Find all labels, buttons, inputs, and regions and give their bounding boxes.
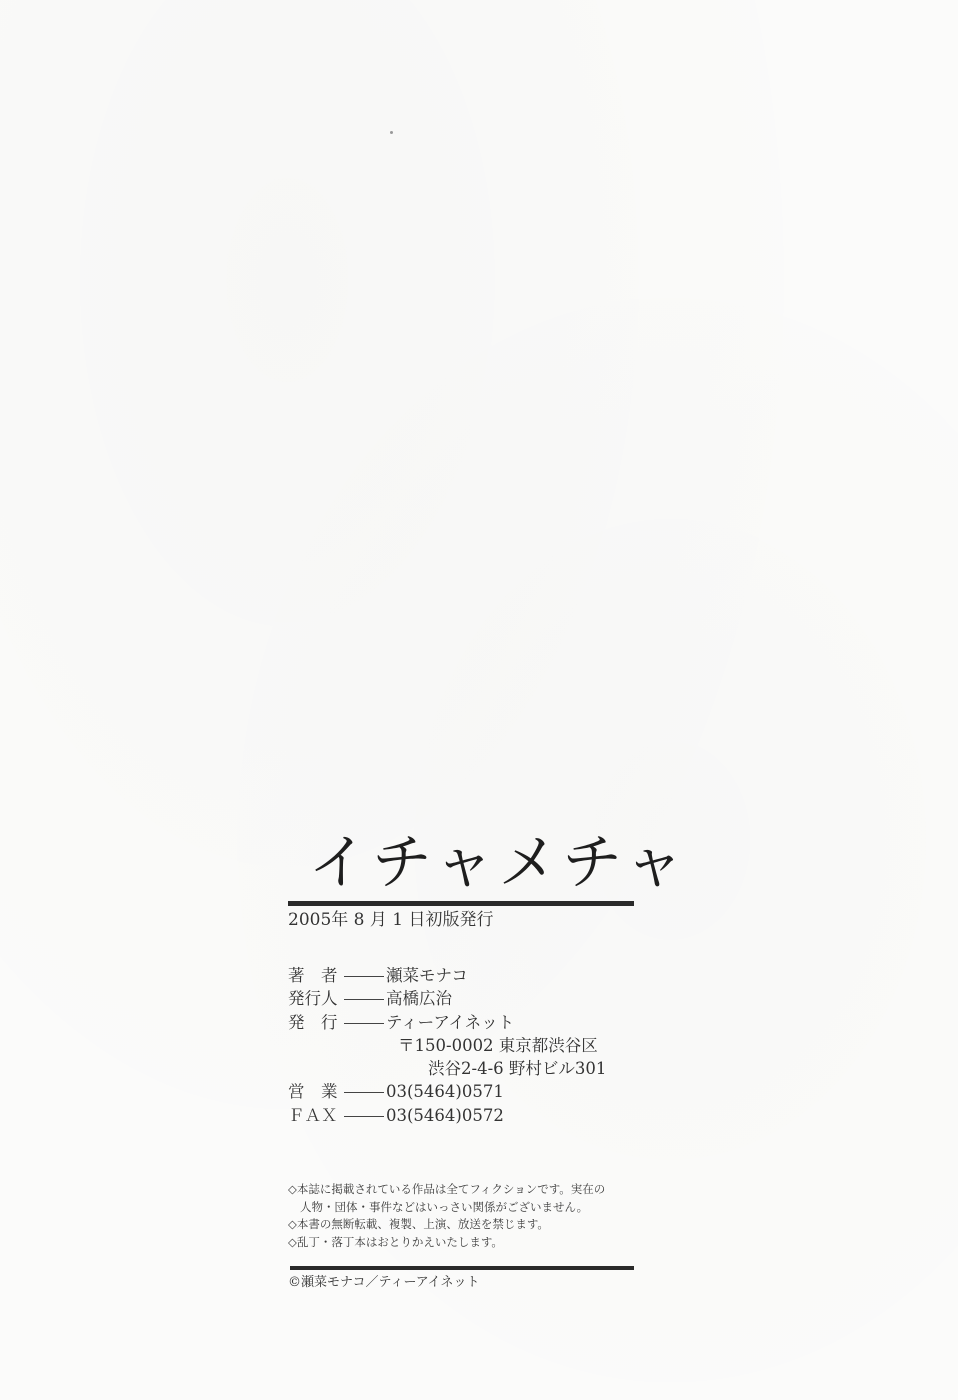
contact-label: ＦＡＸ xyxy=(288,1104,344,1127)
book-title: イチャメチャ xyxy=(308,828,688,898)
credit-label: 発 行 xyxy=(288,1011,344,1034)
contact-row-sales: 営 業03(5464)0571 xyxy=(288,1080,606,1103)
credit-value: ティーアイネット xyxy=(386,1011,514,1034)
contact-row-fax: ＦＡＸ03(5464)0572 xyxy=(288,1104,606,1127)
note-line: ◇本書の無断転載、複製、上演、放送を禁じます。 xyxy=(288,1216,605,1234)
copyright-divider xyxy=(290,1266,634,1270)
contact-value: 03(5464)0571 xyxy=(386,1080,504,1103)
credit-label: 著 者 xyxy=(288,964,344,987)
leader-dash xyxy=(344,999,384,1000)
copyright-notice: ©瀬菜モナコ／ティーアイネット xyxy=(288,1274,480,1292)
leader-dash xyxy=(344,1023,384,1024)
leader-dash xyxy=(344,1116,384,1117)
address-line-2: 渋谷2-4-6 野村ビル301 xyxy=(288,1057,606,1080)
address-line-1: 〒150-0002 東京都渋谷区 xyxy=(288,1034,606,1057)
credit-value: 高橋広治 xyxy=(386,987,452,1010)
credit-row-publisher: 発 行ティーアイネット xyxy=(288,1011,606,1034)
paper-speck xyxy=(390,131,393,134)
note-line: 人物・団体・事件などはいっさい関係がございません。 xyxy=(288,1199,605,1217)
credits-list: 著 者瀬菜モナコ 発行人高橋広治 発 行ティーアイネット 〒150-0002 東… xyxy=(288,964,606,1127)
publication-date: 2005年 8 月 1 日初版発行 xyxy=(288,908,494,932)
credit-row-publisher-person: 発行人高橋広治 xyxy=(288,987,606,1010)
legal-notes: ◇本誌に掲載されている作品は全てフィクションです。実在の 人物・団体・事件などは… xyxy=(288,1181,605,1251)
note-line: ◇乱丁・落丁本はおとりかえいたします。 xyxy=(288,1234,605,1252)
title-divider xyxy=(288,901,634,906)
credit-row-author: 著 者瀬菜モナコ xyxy=(288,964,606,987)
leader-dash xyxy=(344,1092,384,1093)
leader-dash xyxy=(344,976,384,977)
credit-label: 発行人 xyxy=(288,987,344,1010)
credit-value: 瀬菜モナコ xyxy=(386,964,468,987)
note-line: ◇本誌に掲載されている作品は全てフィクションです。実在の xyxy=(288,1181,605,1199)
book-colophon-page: イチャメチャ 2005年 8 月 1 日初版発行 著 者瀬菜モナコ 発行人高橋広… xyxy=(0,0,958,1400)
contact-value: 03(5464)0572 xyxy=(386,1104,504,1127)
contact-label: 営 業 xyxy=(288,1080,344,1103)
